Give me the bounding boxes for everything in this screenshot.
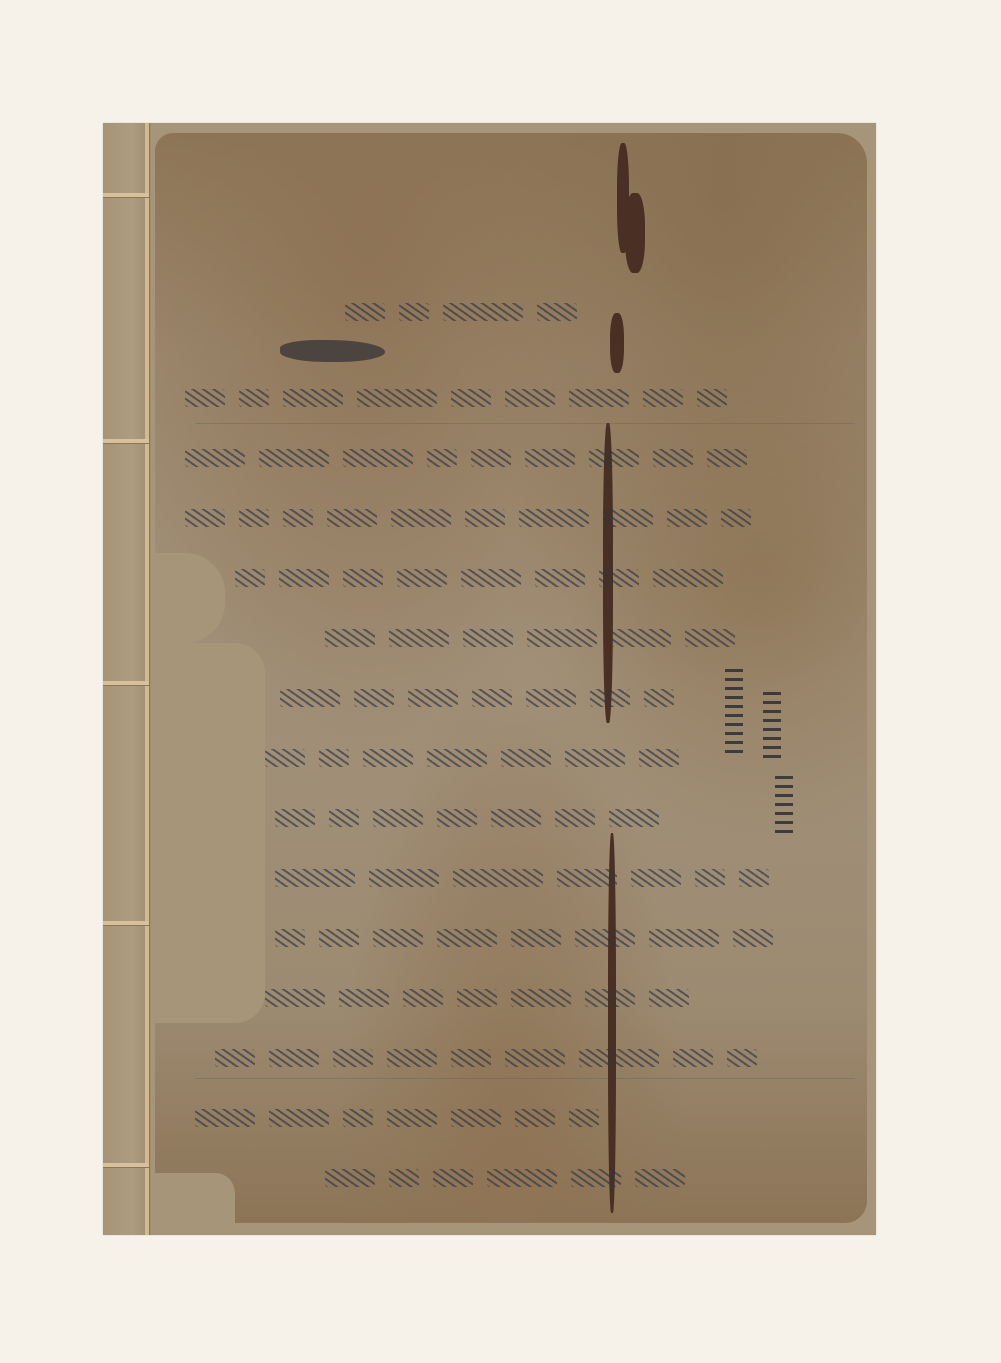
script-row [275,805,659,831]
script-row [345,299,577,325]
paper-loss [155,643,265,1023]
ink-smudge [280,340,385,362]
script-row [275,925,773,951]
side-annotation [725,663,743,753]
ruled-line [195,423,855,424]
script-row [235,565,723,591]
tear-stain [610,313,624,373]
script-row [325,1165,685,1191]
binding-stitch [103,681,149,685]
binding-thread [145,123,149,1235]
side-annotation [763,688,781,758]
script-row [275,865,769,891]
binding-stitch [103,193,149,197]
manuscript-volume: Ancient handwritten manuscript leaf in t… [103,123,876,1235]
script-row [265,985,689,1011]
binding-stitch [103,1163,149,1167]
script-row [185,385,727,411]
script-row [265,745,679,771]
script-row [325,625,735,651]
side-annotation [775,773,793,833]
binding-stitch [103,439,149,443]
tear-stain [625,193,645,273]
script-row [195,1105,599,1131]
manuscript-leaf [155,133,867,1223]
binding-stitch [103,921,149,925]
script-row [215,1045,757,1071]
binding-spine [103,123,151,1235]
script-row [185,505,751,531]
ruled-line [195,1078,855,1079]
paper-loss [155,553,225,643]
paper-loss [155,1173,235,1223]
script-row [280,685,674,711]
script-row [185,445,747,471]
